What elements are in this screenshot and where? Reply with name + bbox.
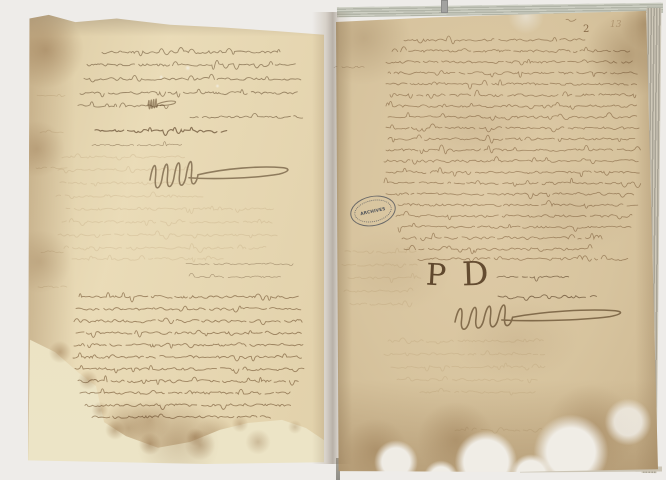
right-page: [336, 10, 658, 472]
tear-stain-overlay: [28, 14, 324, 464]
folio-number: 2: [583, 24, 589, 35]
book-gutter-shadow: [312, 12, 352, 464]
manuscript-photo: ARCHIVES P D 2 13: [0, 0, 666, 480]
inked-initial-p: P: [425, 257, 447, 293]
left-page: [28, 14, 324, 464]
corner-folio-mark: 13: [610, 20, 621, 30]
page-holder-tab: [441, 0, 448, 13]
inked-initial-d: D: [461, 254, 489, 294]
